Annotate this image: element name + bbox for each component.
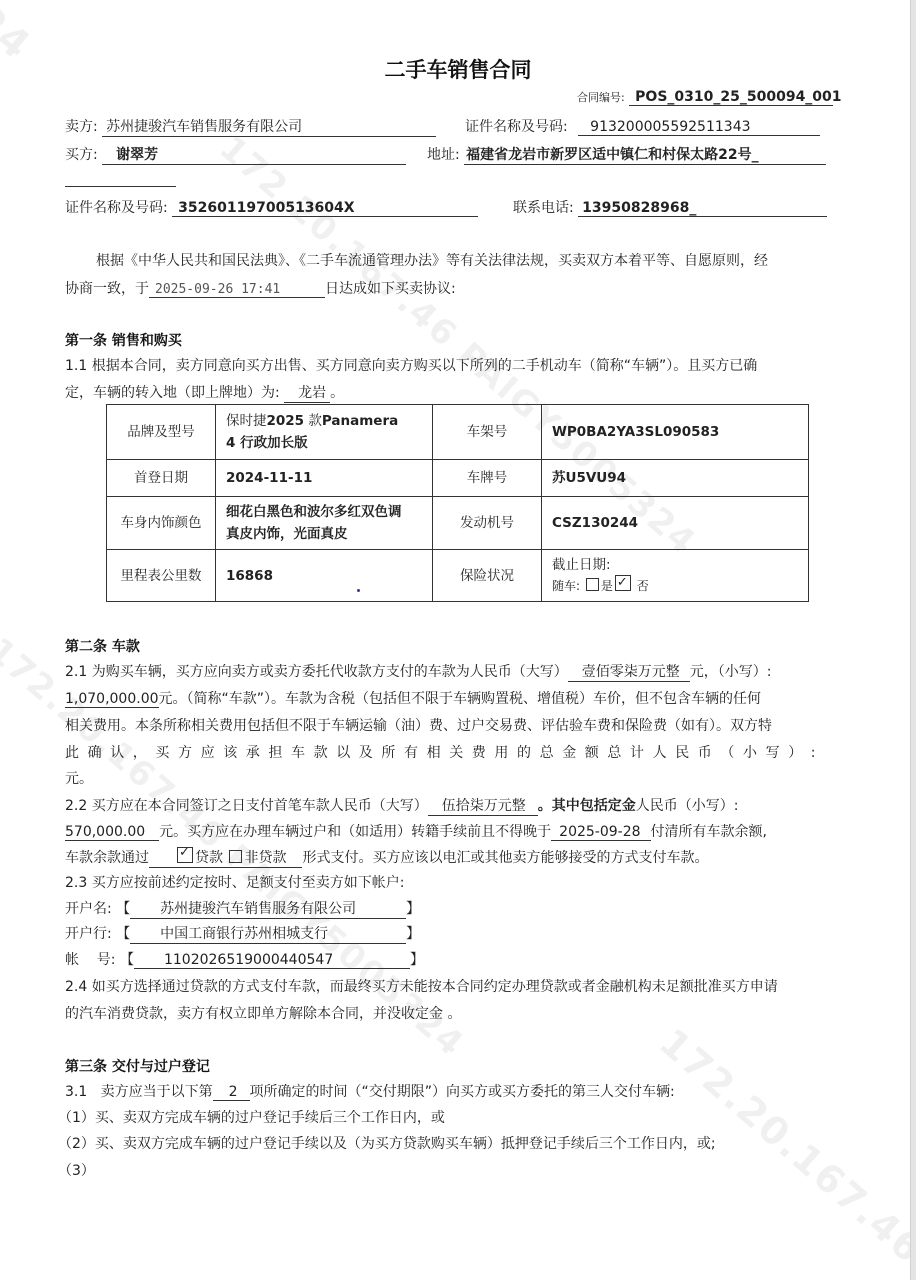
account-number: 1102026519000440547	[134, 952, 410, 969]
document-title: 二手车销售合同	[0, 54, 916, 84]
first-payment-upper: 伍拾柒万元整	[428, 795, 538, 816]
address-row: 地址: 福建省龙岩市新罗区适中镇仁和村保太路22号_	[427, 144, 826, 165]
agreement-date: 2025-09-26 17:41	[149, 282, 325, 298]
buyer-id-row: 证件名称及号码: 35260119700513604X	[65, 197, 478, 217]
preamble-line-2: 协商一致，于2025-09-26 17:41日达成如下买卖协议:	[65, 278, 456, 298]
insurance-yes-label: 是	[601, 579, 613, 593]
brand-model: Panamera	[322, 413, 398, 429]
section-2-1-line-4: 此确认，买方应该承担车款以及所有相关费用的总金额总计人民币（小写）:	[65, 742, 824, 762]
insurance-follow-label: 随车:	[552, 579, 580, 593]
page-edge-scrollbar[interactable]	[910, 0, 916, 1280]
bank-row: 开户行: 【中国工商银行苏州相城支行】	[65, 923, 420, 944]
mileage-value: 16868	[216, 550, 433, 602]
seller-id: 913200005592511343	[578, 119, 820, 136]
seller-name: 苏州捷骏汽车销售服务有限公司	[102, 116, 436, 137]
vehicle-info-table: 品牌及型号 保时捷2025 款Panamera 4 行政加长版 车架号 WP0B…	[106, 404, 809, 602]
color-label: 车身内饰颜色	[107, 497, 216, 550]
insurance-expiry-label: 截止日期:	[552, 557, 611, 573]
section-2-1-line-5: 元。	[65, 768, 93, 788]
color-line-1: 细花白黑色和波尔多红双色调	[226, 504, 402, 520]
insurance-value: 截止日期: 随车: 是 否	[542, 550, 809, 602]
buyer-label: 买方:	[65, 147, 98, 163]
table-row: 里程表公里数 16868 保险状况 截止日期: 随车: 是 否	[107, 550, 809, 602]
period: 。	[330, 385, 344, 401]
deadline-text: 元。买方应在办理车辆过户和（如适用）转籍手续前且不得晚于	[159, 824, 551, 840]
section-2-4-line-2: 的汽车消费贷款，卖方有权立即单方解除本合同，并没收定金 。	[65, 1003, 461, 1023]
delivery-option-2: （2）买、卖双方完成车辆的过户登记手续以及（为买方贷款购买车辆）抵押登记手续后三…	[58, 1133, 716, 1153]
section-1-title: 第一条 销售和购买	[65, 330, 182, 350]
bank-label: 开户行:	[65, 926, 112, 942]
bracket-open: 【	[120, 952, 134, 968]
bank-name: 中国工商银行苏州相城支行	[130, 923, 406, 944]
section-1-1-line-2: 定，车辆的转入地（即上牌地）为: 龙岩。	[65, 382, 344, 403]
plate-value: 苏U5VU94	[542, 460, 809, 497]
delivery-item-number: 2	[213, 1084, 250, 1101]
table-row: 首登日期 2024-11-11 车牌号 苏U5VU94	[107, 460, 809, 497]
mileage-label: 里程表公里数	[107, 550, 216, 602]
contract-number: POS_0310_25_500094_001	[629, 89, 833, 106]
insurance-follow-row: 随车: 是 否	[552, 579, 649, 593]
seller-label: 卖方:	[65, 119, 98, 135]
bracket-close: 】	[410, 952, 424, 968]
address-continuation-line	[65, 186, 176, 187]
section-3-title: 第三条 交付与过户登记	[65, 1056, 210, 1076]
buyer-name: 谢翠芳	[102, 144, 406, 165]
section-3-1: 3.1 卖方应当于以下第2项所确定的时间（“交付期限”）向买方或买方委托的第三人…	[65, 1081, 675, 1101]
seller-id-label: 证件名称及号码:	[465, 119, 568, 135]
bracket-open: 【	[116, 926, 130, 942]
price-text: 2.1 为购买车辆，买方应向卖方或卖方委托代收款方支付的车款为人民币（大写）	[65, 664, 568, 680]
buyer-row: 买方: 谢翠芳	[65, 144, 406, 165]
section-2-4-line-1: 2.4 如买方选择通过贷款的方式支付车款，而最终买方未能按本合同约定办理贷款或者…	[65, 976, 778, 996]
brand-year: 2025	[267, 413, 305, 429]
vin-label: 车架号	[433, 405, 542, 460]
table-row: 品牌及型号 保时捷2025 款Panamera 4 行政加长版 车架号 WP0B…	[107, 405, 809, 460]
price-mid: 元，（小写）:	[690, 664, 772, 680]
section-1-1-line-1: 1.1 根据本合同，卖方同意向买方出售、买方同意向卖方购买以下所列的二手机动车（…	[65, 355, 757, 375]
buyer-address: 福建省龙岩市新罗区适中镇仁和村保太路22号_	[464, 144, 826, 165]
payment-method-label: 车款余款通过	[65, 850, 149, 866]
plate-label: 车牌号	[433, 460, 542, 497]
account-no-row: 帐 号: 【1102026519000440547】	[65, 949, 424, 969]
phone-label: 联系电话:	[513, 200, 574, 216]
non-loan-checkbox[interactable]	[229, 850, 242, 863]
section-2-3: 2.3 买方应按前述约定按时、足额支付至卖方如下帐户:	[65, 872, 404, 892]
vin-value: WP0BA2YA3SL090583	[542, 405, 809, 460]
cursor-dot	[357, 589, 360, 592]
delivery-option-1: （1）买、卖双方完成车辆的过户登记手续后三个工作日内，或	[58, 1107, 445, 1127]
account-name-row: 开户名: 【苏州捷骏汽车销售服务有限公司】	[65, 898, 420, 919]
section-2-2-line-3: 车款余款通过贷款 非贷款形式支付。买方应该以电汇或其他卖方能够接受的方式支付车款…	[65, 847, 708, 868]
deadline-suffix: 付清所有车款余额,	[651, 824, 767, 840]
color-value: 细花白黑色和波尔多红双色调 真皮内饰，光面真皮	[216, 497, 433, 550]
buyer-id: 35260119700513604X	[172, 200, 478, 217]
delivery-prefix: 3.1 卖方应当于以下第	[65, 1084, 213, 1100]
first-pay-text: 2.2 买方应在本合同签订之日支付首笔车款人民币（大写）	[65, 798, 428, 814]
preamble-line-1: 根据《中华人民共和国民法典》、《二手车流通管理办法》等有关法律法规，买卖双方本着…	[96, 250, 768, 270]
deposit-note: 。其中包括定金	[538, 798, 636, 814]
payment-method-suffix: 形式支付。买方应该以电汇或其他卖方能够接受的方式支付车款。	[302, 850, 708, 866]
first-pay-suffix: 人民币（小写）:	[636, 798, 739, 814]
section-2-1-line-3: 相关费用。本条所称相关费用包括但不限于车辆运输（油）费、过户交易费、评估验车费和…	[65, 715, 772, 735]
insurance-label: 保险状况	[433, 550, 542, 602]
loan-label: 贷款	[195, 850, 223, 866]
price-lower: 1,070,000.00	[65, 691, 159, 708]
delivery-suffix: 项所确定的时间（“交付期限”）向买方或买方委托的第三人交付车辆:	[250, 1084, 675, 1100]
non-loan-label: 非贷款	[244, 850, 286, 866]
address-label: 地址:	[427, 147, 460, 163]
section-2-1-line-1: 2.1 为购买车辆，买方应向卖方或卖方委托代收款方支付的车款为人民币（大写）壹佰…	[65, 661, 771, 682]
contract-number-label: 合同编号:	[577, 91, 625, 104]
table-row: 车身内饰颜色 细花白黑色和波尔多红双色调 真皮内饰，光面真皮 发动机号 CSZ1…	[107, 497, 809, 550]
price-upper: 壹佰零柒万元整	[568, 661, 690, 682]
engine-value: CSZ130244	[542, 497, 809, 550]
section-2-2-line-2: 570,000.00元。买方应在办理车辆过户和（如适用）转籍手续前且不得晚于20…	[65, 821, 767, 841]
loan-checkbox[interactable]	[177, 847, 193, 863]
first-payment-lower: 570,000.00	[65, 824, 159, 841]
account-no-label: 帐 号:	[65, 952, 116, 968]
reg-date-label: 首登日期	[107, 460, 216, 497]
bracket-open: 【	[116, 901, 130, 917]
seller-row: 卖方: 苏州捷骏汽车销售服务有限公司	[65, 116, 436, 137]
destination: 龙岩	[284, 382, 330, 403]
color-line-2: 真皮内饰，光面真皮	[226, 526, 348, 542]
insurance-yes-checkbox[interactable]	[586, 578, 599, 591]
balance-deadline: 2025-09-28	[551, 824, 650, 841]
engine-label: 发动机号	[433, 497, 542, 550]
section-2-2-line-1: 2.2 买方应在本合同签订之日支付首笔车款人民币（大写）伍拾柒万元整。其中包括定…	[65, 795, 738, 816]
brand-label: 品牌及型号	[107, 405, 216, 460]
brand-prefix: 保时捷	[226, 413, 267, 429]
brand-line-2: 4 行政加长版	[226, 435, 308, 451]
account-name-label: 开户名:	[65, 901, 112, 917]
delivery-option-3: （3）	[58, 1160, 95, 1180]
destination-label: 定，车辆的转入地（即上牌地）为:	[65, 385, 280, 401]
brand-value: 保时捷2025 款Panamera 4 行政加长版	[216, 405, 433, 460]
phone-row: 联系电话: 13950828968_	[513, 197, 827, 217]
price-description: 元。（简称“车款”）。车款为含税（包括但不限于车辆购置税、增值税）车价，但不包含…	[159, 691, 762, 707]
bracket-close: 】	[406, 926, 420, 942]
buyer-id-label: 证件名称及号码:	[65, 200, 168, 216]
account-name: 苏州捷骏汽车销售服务有限公司	[130, 898, 406, 919]
bracket-close: 】	[406, 901, 420, 917]
section-2-title: 第二条 车款	[65, 636, 140, 656]
buyer-phone: 13950828968_	[578, 200, 827, 217]
reg-date-value: 2024-11-11	[216, 460, 433, 497]
preamble-prefix: 协商一致，于	[65, 281, 149, 297]
preamble-suffix: 日达成如下买卖协议:	[325, 281, 456, 297]
section-2-1-line-2: 1,070,000.00元。（简称“车款”）。车款为含税（包括但不限于车辆购置税…	[65, 688, 761, 708]
seller-id-row: 证件名称及号码: 913200005592511343	[465, 116, 820, 136]
insurance-no-label: 否	[637, 579, 649, 593]
brand-kuan: 款	[304, 413, 322, 429]
payment-method: 贷款 非贷款	[149, 847, 302, 868]
insurance-no-checkbox[interactable]	[615, 575, 631, 591]
contract-number-row: 合同编号: POS_0310_25_500094_001	[577, 89, 833, 106]
